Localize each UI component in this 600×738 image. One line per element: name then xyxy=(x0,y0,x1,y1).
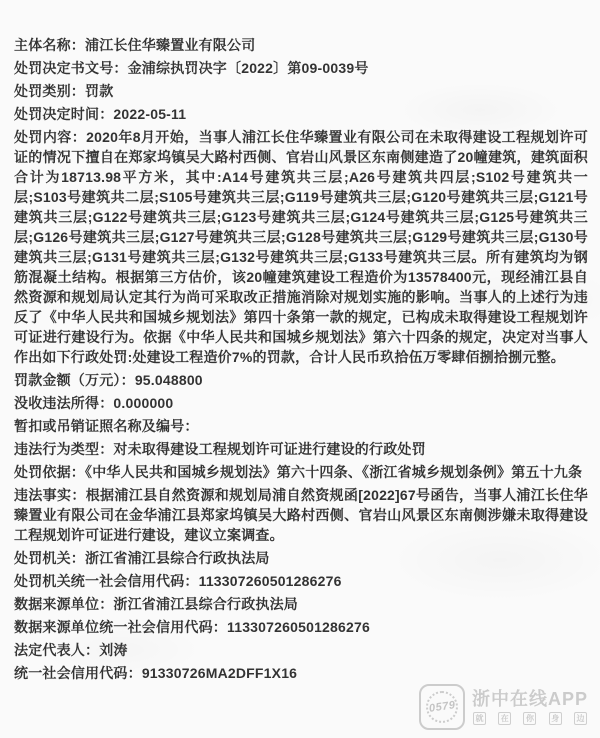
field-penalty-content-label: 处罚内容： xyxy=(14,129,86,145)
stamp-circle-icon: 0579 xyxy=(426,691,458,723)
field-legal-representative: 法定代表人：刘涛 xyxy=(14,640,588,660)
field-license-suspension-label: 暂扣或吊销证照名称及编号： xyxy=(14,418,199,434)
field-authority-credit-code-label: 处罚机关统一社会信用代码： xyxy=(14,573,199,589)
field-decision-number-value: 金浦综执罚决字〔2022〕第09-0039号 xyxy=(128,60,369,76)
watermark-subtitle-char: 你 xyxy=(523,712,536,725)
field-fine-amount-value: 95.048800 xyxy=(135,372,203,388)
field-violation-type-value: 对未取得建设工程规划许可证进行建设的行政处罚 xyxy=(113,441,425,457)
field-violation-type-label: 违法行为类型： xyxy=(14,441,113,457)
field-penalty-content: 处罚内容：2020年8月开始，当事人浦江长住华臻置业有限公司在未取得建设工程规划… xyxy=(14,127,588,367)
field-violation-type: 违法行为类型：对未取得建设工程规划许可证进行建设的行政处罚 xyxy=(14,439,588,459)
field-decision-date-label: 处罚决定时间： xyxy=(14,106,113,122)
field-fine-amount: 罚款金额（万元）：95.048800 xyxy=(14,370,588,390)
field-penalty-type-label: 处罚类别： xyxy=(14,83,85,99)
field-confiscation-amount-value: 0.000000 xyxy=(113,395,173,411)
field-authority-credit-code: 处罚机关统一社会信用代码：113307260501286276 xyxy=(14,571,588,591)
field-authority-credit-code-value: 113307260501286276 xyxy=(199,573,342,589)
watermark-title: 浙中在线APP xyxy=(472,689,588,709)
field-violation-facts-label: 违法事实： xyxy=(14,487,86,503)
field-data-source-unit-value: 浙江省浦江县综合行政执法局 xyxy=(113,596,298,612)
field-data-source-credit-code: 数据来源单位统一社会信用代码：113307260501286276 xyxy=(14,617,588,637)
field-decision-date: 处罚决定时间：2022-05-11 xyxy=(14,104,588,124)
field-penalty-content-value: 2020年8月开始，当事人浦江长住华臻置业有限公司在未取得建设工程规划许可证的情… xyxy=(14,129,588,365)
field-penalty-type: 处罚类别：罚款 xyxy=(14,81,588,101)
watermark-zhezhong-online-app: 0579 浙中在线APP 就 在 你 身 边 xyxy=(419,684,588,730)
field-penalty-type-value: 罚款 xyxy=(85,83,113,99)
field-decision-number: 处罚决定书文号：金浦综执罚决字〔2022〕第09-0039号 xyxy=(14,58,588,78)
watermark-subtitle-char: 就 xyxy=(473,712,486,725)
field-confiscation-amount-label: 没收违法所得： xyxy=(14,395,113,411)
field-fine-amount-label: 罚款金额（万元）： xyxy=(14,372,135,388)
field-data-source-unit: 数据来源单位：浙江省浦江县综合行政执法局 xyxy=(14,594,588,614)
watermark-subtitle-char: 在 xyxy=(498,712,511,725)
page: { "document": { "fields": [ { "label": "… xyxy=(0,0,600,738)
field-penalty-basis-value: 《中华人民共和国城乡规划法》第六十四条、《浙江省城乡规划条例》第五十九条 xyxy=(85,464,582,480)
field-data-source-credit-code-label: 数据来源单位统一社会信用代码： xyxy=(14,619,227,635)
field-subject-name-value: 浦江长住华臻置业有限公司 xyxy=(85,37,255,53)
field-unified-credit-code: 统一社会信用代码：91330726MA2DFF1X16 xyxy=(14,663,588,683)
field-violation-facts: 违法事实：根据浦江县自然资源和规划局浦自然资规函[2022]67号函告，当事人浦… xyxy=(14,485,588,545)
field-subject-name: 主体名称：浦江长住华臻置业有限公司 xyxy=(14,35,588,55)
watermark-text: 浙中在线APP 就 在 你 身 边 xyxy=(472,689,588,725)
field-unified-credit-code-label: 统一社会信用代码： xyxy=(14,665,142,681)
penalty-document: 主体名称：浦江长住华臻置业有限公司 处罚决定书文号：金浦综执罚决字〔2022〕第… xyxy=(14,35,588,686)
field-penalty-basis: 处罚依据：《中华人民共和国城乡规划法》第六十四条、《浙江省城乡规划条例》第五十九… xyxy=(14,462,588,482)
field-violation-facts-value: 根据浦江县自然资源和规划局浦自然资规函[2022]67号函告，当事人浦江长住华臻… xyxy=(14,487,588,543)
field-subject-name-label: 主体名称： xyxy=(14,37,85,53)
watermark-subtitle-char: 边 xyxy=(574,712,587,725)
field-data-source-credit-code-value: 113307260501286276 xyxy=(227,619,370,635)
field-penalty-basis-label: 处罚依据： xyxy=(14,464,85,480)
field-penalty-authority-label: 处罚机关： xyxy=(14,550,85,566)
field-penalty-authority-value: 浙江省浦江县综合行政执法局 xyxy=(85,550,270,566)
area-code-badge: 0579 xyxy=(428,699,456,715)
watermark-subtitle-char: 身 xyxy=(549,712,562,725)
field-legal-representative-value: 刘涛 xyxy=(99,642,127,658)
field-decision-date-value: 2022-05-11 xyxy=(113,106,186,122)
field-penalty-authority: 处罚机关：浙江省浦江县综合行政执法局 xyxy=(14,548,588,568)
field-data-source-unit-label: 数据来源单位： xyxy=(14,596,113,612)
watermark-subtitle: 就 在 你 身 边 xyxy=(472,712,588,725)
field-unified-credit-code-value: 91330726MA2DFF1X16 xyxy=(142,665,297,681)
zhezhong-app-logo-icon: 0579 xyxy=(419,684,465,730)
field-license-suspension: 暂扣或吊销证照名称及编号： xyxy=(14,416,588,436)
field-legal-representative-label: 法定代表人： xyxy=(14,642,99,658)
field-confiscation-amount: 没收违法所得：0.000000 xyxy=(14,393,588,413)
field-decision-number-label: 处罚决定书文号： xyxy=(14,60,128,76)
